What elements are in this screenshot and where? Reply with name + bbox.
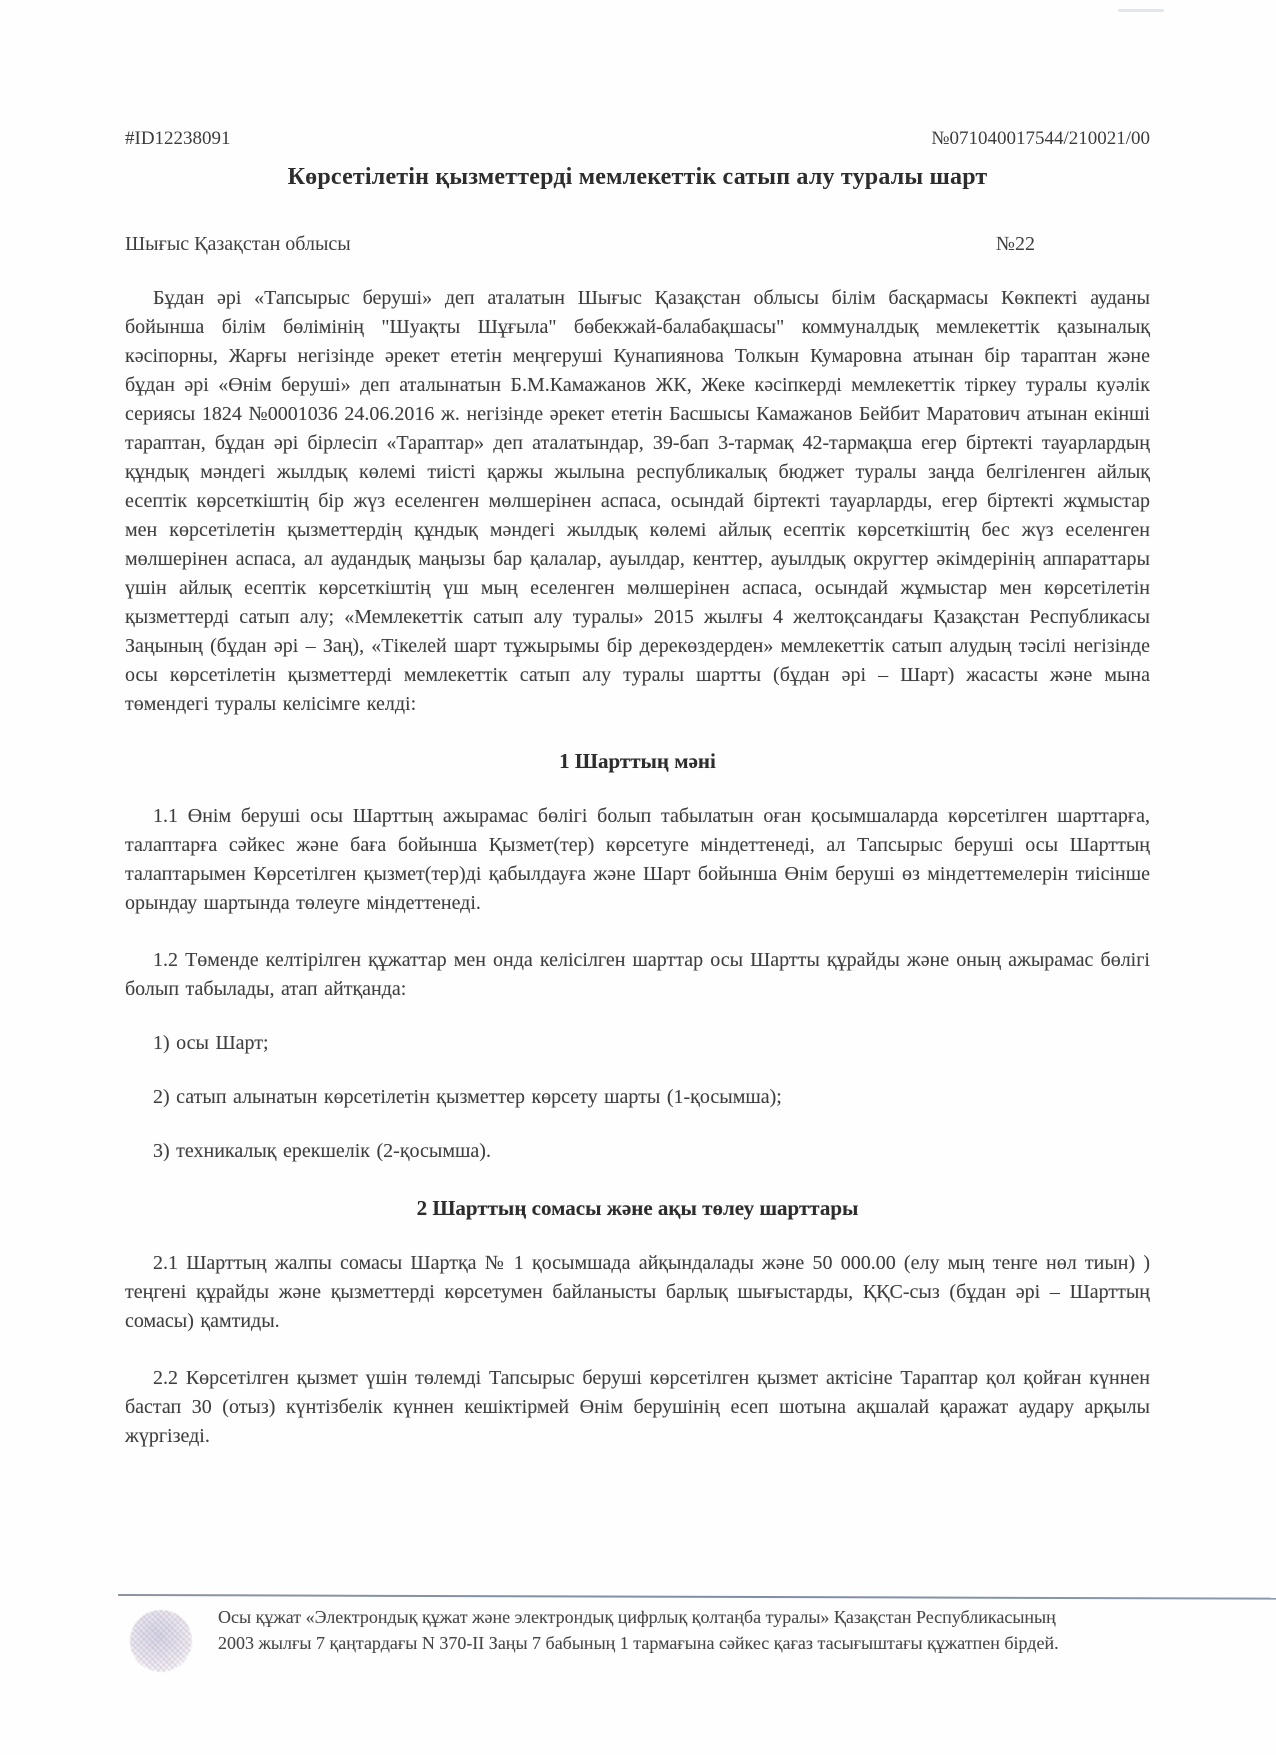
document-page: #ID12238091 №071040017544/210021/00 Көрс… bbox=[0, 0, 1276, 1755]
clause-2-2: 2.2 Көрсетілген қызмет үшін төлемді Тапс… bbox=[125, 1364, 1150, 1451]
subheader: Шығыс Қазақстан облысы №22 bbox=[125, 233, 1150, 256]
intro-paragraph: Бұдан әрі «Тапсырыс беруші» деп аталатын… bbox=[125, 284, 1150, 719]
stamp-icon bbox=[130, 1610, 192, 1672]
doc-id: #ID12238091 bbox=[125, 128, 231, 150]
clause-1-1: 1.1 Өнім беруші осы Шарттың ажырамас бөл… bbox=[125, 802, 1150, 918]
scan-artifact bbox=[1118, 9, 1164, 12]
document-footer: Осы құжат «Электрондық құжат және электр… bbox=[0, 1594, 1276, 1672]
section-2-heading: 2 Шарттың сомасы және ақы төлеу шарттары bbox=[125, 1196, 1150, 1221]
document-header: #ID12238091 №071040017544/210021/00 bbox=[125, 128, 1150, 150]
region-label: Шығыс Қазақстан облысы bbox=[125, 233, 351, 256]
page-title: Көрсетілетін қызметтерді мемлекеттік сат… bbox=[125, 164, 1150, 191]
footer-note: Осы құжат «Электрондық құжат және электр… bbox=[218, 1604, 1063, 1656]
doc-number: №071040017544/210021/00 bbox=[931, 128, 1150, 150]
document-content: #ID12238091 №071040017544/210021/00 Көрс… bbox=[0, 0, 1276, 1451]
list-item-2: 2) сатып алынатын көрсетілетін қызметтер… bbox=[125, 1083, 1150, 1112]
footer-divider bbox=[118, 1594, 1276, 1600]
footer-row: Осы құжат «Электрондық құжат және электр… bbox=[0, 1604, 1276, 1672]
clause-2-1: 2.1 Шарттың жалпы сомасы Шартқа № 1 қосы… bbox=[125, 1249, 1150, 1336]
list-item-1: 1) осы Шарт; bbox=[125, 1029, 1150, 1058]
contract-number: №22 bbox=[996, 233, 1035, 256]
list-item-3: 3) техникалық ерекшелік (2-қосымша). bbox=[125, 1137, 1150, 1166]
section-1-heading: 1 Шарттың мәні bbox=[125, 749, 1150, 774]
clause-1-2: 1.2 Төменде келтірілген құжаттар мен онд… bbox=[125, 946, 1150, 1004]
